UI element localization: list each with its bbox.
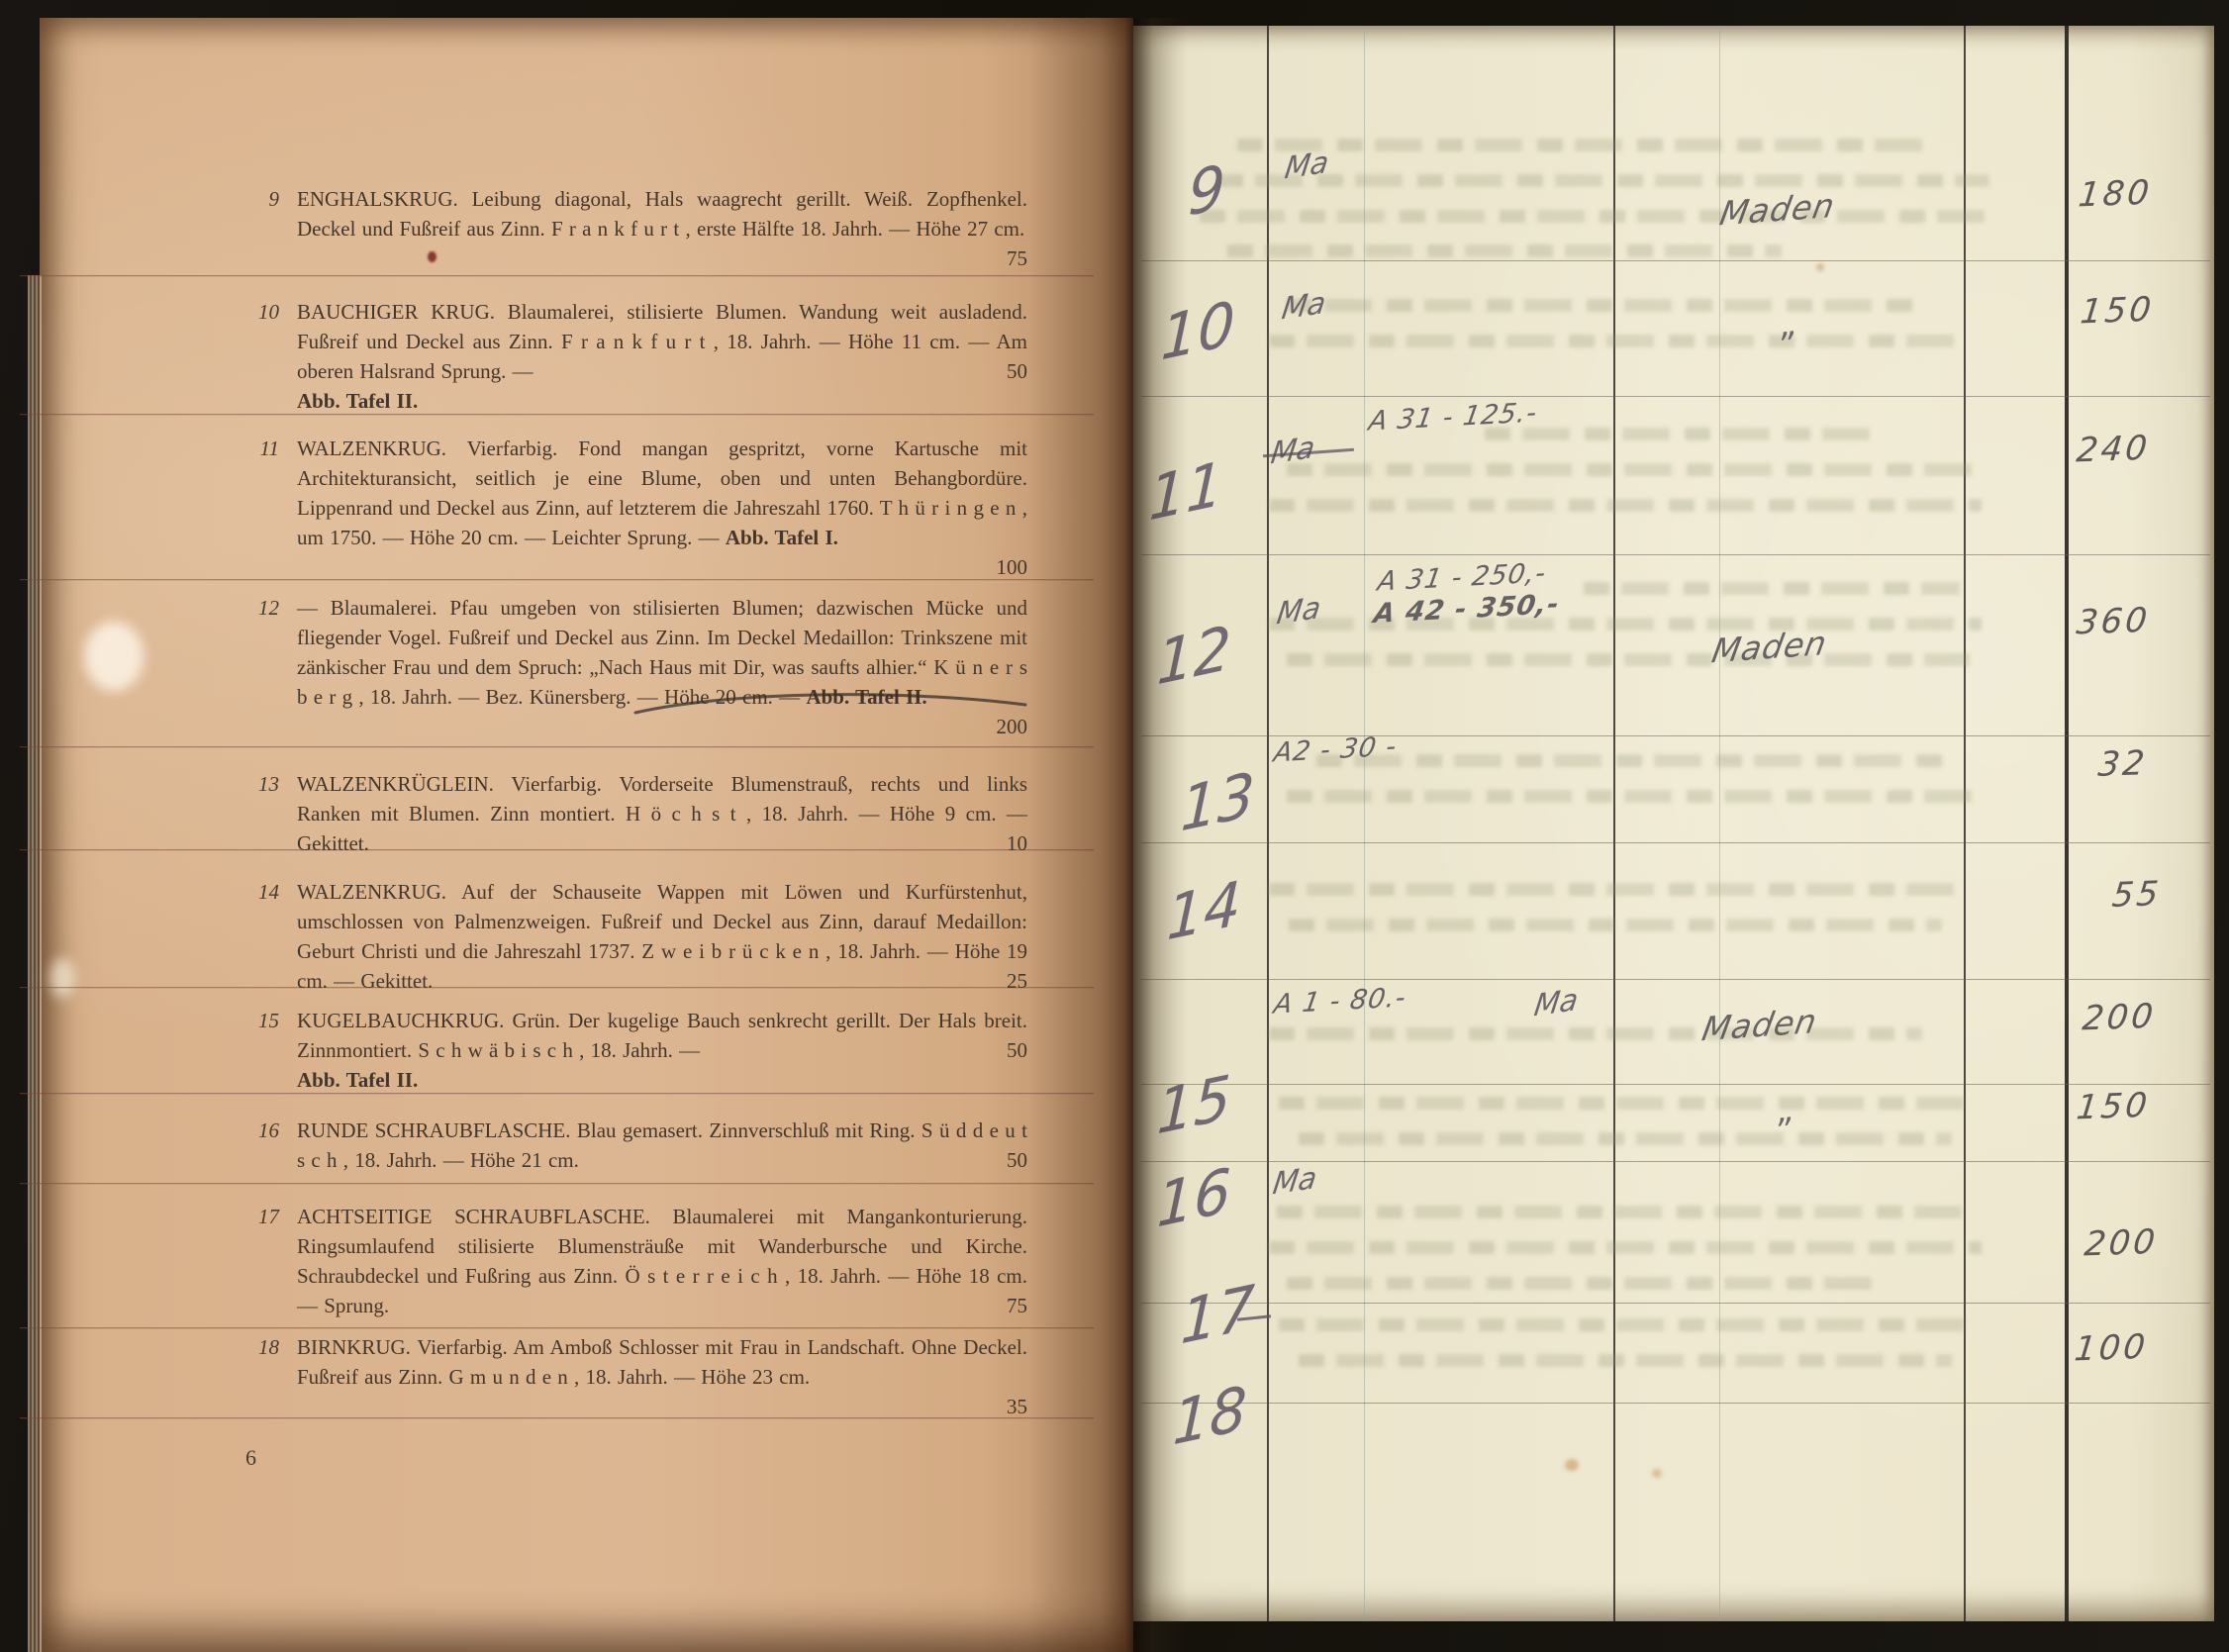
bleed-through-line [1269, 1027, 1922, 1040]
ledger-column-line-faint [1364, 26, 1365, 1621]
bleed-through-line [1279, 1097, 1972, 1110]
entry-estimate: 50 [948, 1145, 1027, 1175]
entry-number: 9 [232, 184, 279, 214]
bleed-through-line [1227, 244, 1782, 257]
foxing-spot [1816, 263, 1824, 271]
entry-text: RUNDE SCHRAUBFLASCHE. Blau gemasert. Zin… [297, 1116, 1027, 1175]
entry-text: ENGHALSKRUG. Leibung diagonal, Hals waag… [297, 184, 1027, 243]
entry-estimate: 10 [948, 828, 1027, 858]
row-divider [20, 579, 1094, 580]
catalog-entry-10: 10 BAUCHIGER KRUG. Blaumalerei, stilisie… [297, 297, 1027, 416]
bleed-through-line [1269, 335, 1962, 347]
hammer-price-hw: 150 [2079, 290, 2156, 333]
entry-number: 16 [232, 1116, 279, 1145]
pen-stroke [633, 685, 1029, 721]
ledger-column-line [1613, 26, 1615, 1621]
entry-text: BIRNKRUG. Vierfarbig. Am Amboß Schlosser… [297, 1332, 1027, 1392]
entry-estimate: 75 [948, 1291, 1027, 1320]
catalog-entry-16: 16 RUNDE SCHRAUBFLASCHE. Blau gemasert. … [297, 1116, 1027, 1175]
dealer-mark-hw: Ma [1532, 982, 1581, 1023]
hammer-price-hw: 200 [2081, 997, 2158, 1039]
entry-number: 12 [232, 593, 279, 623]
entry-text: WALZENKRÜGLEIN. Vierfarbig. Vorderseite … [297, 769, 1027, 858]
entry-number: 17 [232, 1202, 279, 1231]
dealer-mark-hw: Ma [1280, 285, 1328, 327]
ledger-page [1133, 26, 2214, 1621]
dealer-mark-hw: Ma [1271, 1160, 1319, 1202]
entry-estimate: 50 [948, 1035, 1027, 1065]
ledger-row-line [1141, 979, 2210, 980]
bleed-through-line [1287, 463, 1980, 476]
row-divider [20, 746, 1094, 747]
entry-estimate: 50 [948, 356, 1027, 386]
row-divider [20, 275, 1094, 276]
catalog-entry-18: 18 BIRNKRUG. Vierfarbig. Am Amboß Schlos… [297, 1332, 1027, 1392]
paper-stain [49, 958, 75, 998]
hammer-price-hw: 55 [2110, 874, 2163, 916]
ledger-row-line [1141, 260, 2210, 261]
bleed-through-line [1269, 1241, 1982, 1254]
catalog-entry-13: 13 WALZENKRÜGLEIN. Vierfarbig. Vordersei… [297, 769, 1027, 858]
bleed-through-line [1269, 499, 1982, 512]
entry-text: ACHTSEITIGE SCHRAUBFLASCHE. Blaumalerei … [297, 1202, 1027, 1320]
bleed-through-line [1279, 1318, 1972, 1331]
gutter-shadow [1029, 18, 1188, 1652]
entry-text: WALZENKRUG. Auf der Schauseite Wappen mi… [297, 877, 1027, 996]
ledger-row-line [1141, 1084, 2210, 1085]
ink-spot [428, 251, 436, 262]
catalog-entry-15: 15 KUGELBAUCHKRUG. Grün. Der kugelige Ba… [297, 1006, 1027, 1095]
bleed-through-line [1237, 139, 1930, 151]
bleed-through-line [1287, 1277, 1881, 1290]
bleed-through-line [1287, 299, 1920, 312]
foxing-spot [1652, 1469, 1662, 1478]
catalog-entry-17: 17 ACHTSEITIGE SCHRAUBFLASCHE. Blaumaler… [297, 1202, 1027, 1320]
entry-number: 10 [232, 297, 279, 327]
entry-estimate: 75 [948, 243, 1027, 273]
entry-estimate: 25 [948, 966, 1027, 996]
row-divider [20, 1327, 1094, 1328]
row-divider [20, 1417, 1094, 1418]
bleed-through-line [1277, 1206, 1970, 1218]
bleed-through-line [1200, 210, 1991, 223]
dealer-mark-hw: Ma [1283, 145, 1331, 186]
bleed-through-line [1269, 883, 1962, 896]
page-number: 6 [245, 1445, 256, 1471]
entry-estimate: 35 [948, 1392, 1027, 1421]
ledger-row-line [1141, 842, 2210, 843]
plate-reference: Abb. Tafel I. [726, 526, 838, 549]
ledger-row-line [1141, 396, 2210, 397]
bleed-through-line [1299, 1354, 1952, 1367]
ledger-row-line [1141, 1303, 2210, 1304]
catalog-entry-9: 9 ENGHALSKRUG. Leibung diagonal, Hals wa… [297, 184, 1027, 243]
hammer-price-hw: 100 [2073, 1327, 2150, 1370]
entry-number: 11 [232, 434, 279, 463]
bleed-through-line [1217, 174, 1989, 187]
row-divider [20, 1183, 1094, 1184]
bleed-through-line [1287, 790, 1980, 803]
entry-number: 13 [232, 769, 279, 799]
ledger-column-line [1964, 26, 1966, 1621]
auction-catalog-scan: 9 ENGHALSKRUG. Leibung diagonal, Hals wa… [0, 0, 2229, 1652]
entry-text: KUGELBAUCHKRUG. Grün. Der kugelige Bauch… [297, 1006, 1027, 1095]
entry-number: 14 [232, 877, 279, 907]
hammer-price-hw: 32 [2096, 743, 2149, 785]
hammer-price-hw: 200 [2083, 1222, 2160, 1265]
foxing-spot [1565, 1459, 1579, 1471]
bleed-through-line [1299, 1132, 1952, 1145]
catalog-entry-14: 14 WALZENKRUG. Auf der Schauseite Wappen… [297, 877, 1027, 996]
paper-stain [84, 622, 144, 691]
bleed-through-line [1485, 428, 1881, 440]
ledger-column-line-faint [1719, 26, 1720, 1621]
plate-reference: Abb. Tafel II. [297, 386, 1027, 416]
bleed-through-line [1289, 919, 1942, 931]
bleed-through-line [1316, 754, 1950, 767]
page-edge-stack [28, 275, 42, 1652]
entry-number: 15 [232, 1006, 279, 1035]
entry-text: WALZENKRUG. Vierfarbig. Fond mangan gesp… [297, 434, 1027, 552]
hammer-price-hw: 180 [2077, 173, 2154, 216]
entry-estimate: 100 [948, 552, 1027, 582]
entry-text: BAUCHIGER KRUG. Blaumalerei, stilisierte… [297, 297, 1027, 416]
dealer-mark-hw: Ma [1275, 590, 1323, 632]
lot-number-hw: 9 [1187, 151, 1226, 231]
hammer-price-hw: 150 [2075, 1086, 2152, 1128]
ledger-row-line [1141, 554, 2210, 555]
ledger-column-line [1267, 26, 1269, 1621]
bleed-through-line [1584, 582, 1960, 595]
plate-reference: Abb. Tafel II. [297, 1065, 1027, 1095]
entry-number: 18 [232, 1332, 279, 1362]
bleed-through-line [1287, 653, 1970, 666]
ledger-row-line [1141, 1403, 2210, 1404]
catalog-entry-11: 11 WALZENKRUG. Vierfarbig. Fond mangan g… [297, 434, 1027, 552]
hammer-price-hw: 240 [2075, 429, 2152, 471]
hammer-price-hw: 360 [2075, 601, 2152, 643]
ledger-column-line-heavy [2065, 26, 2069, 1621]
